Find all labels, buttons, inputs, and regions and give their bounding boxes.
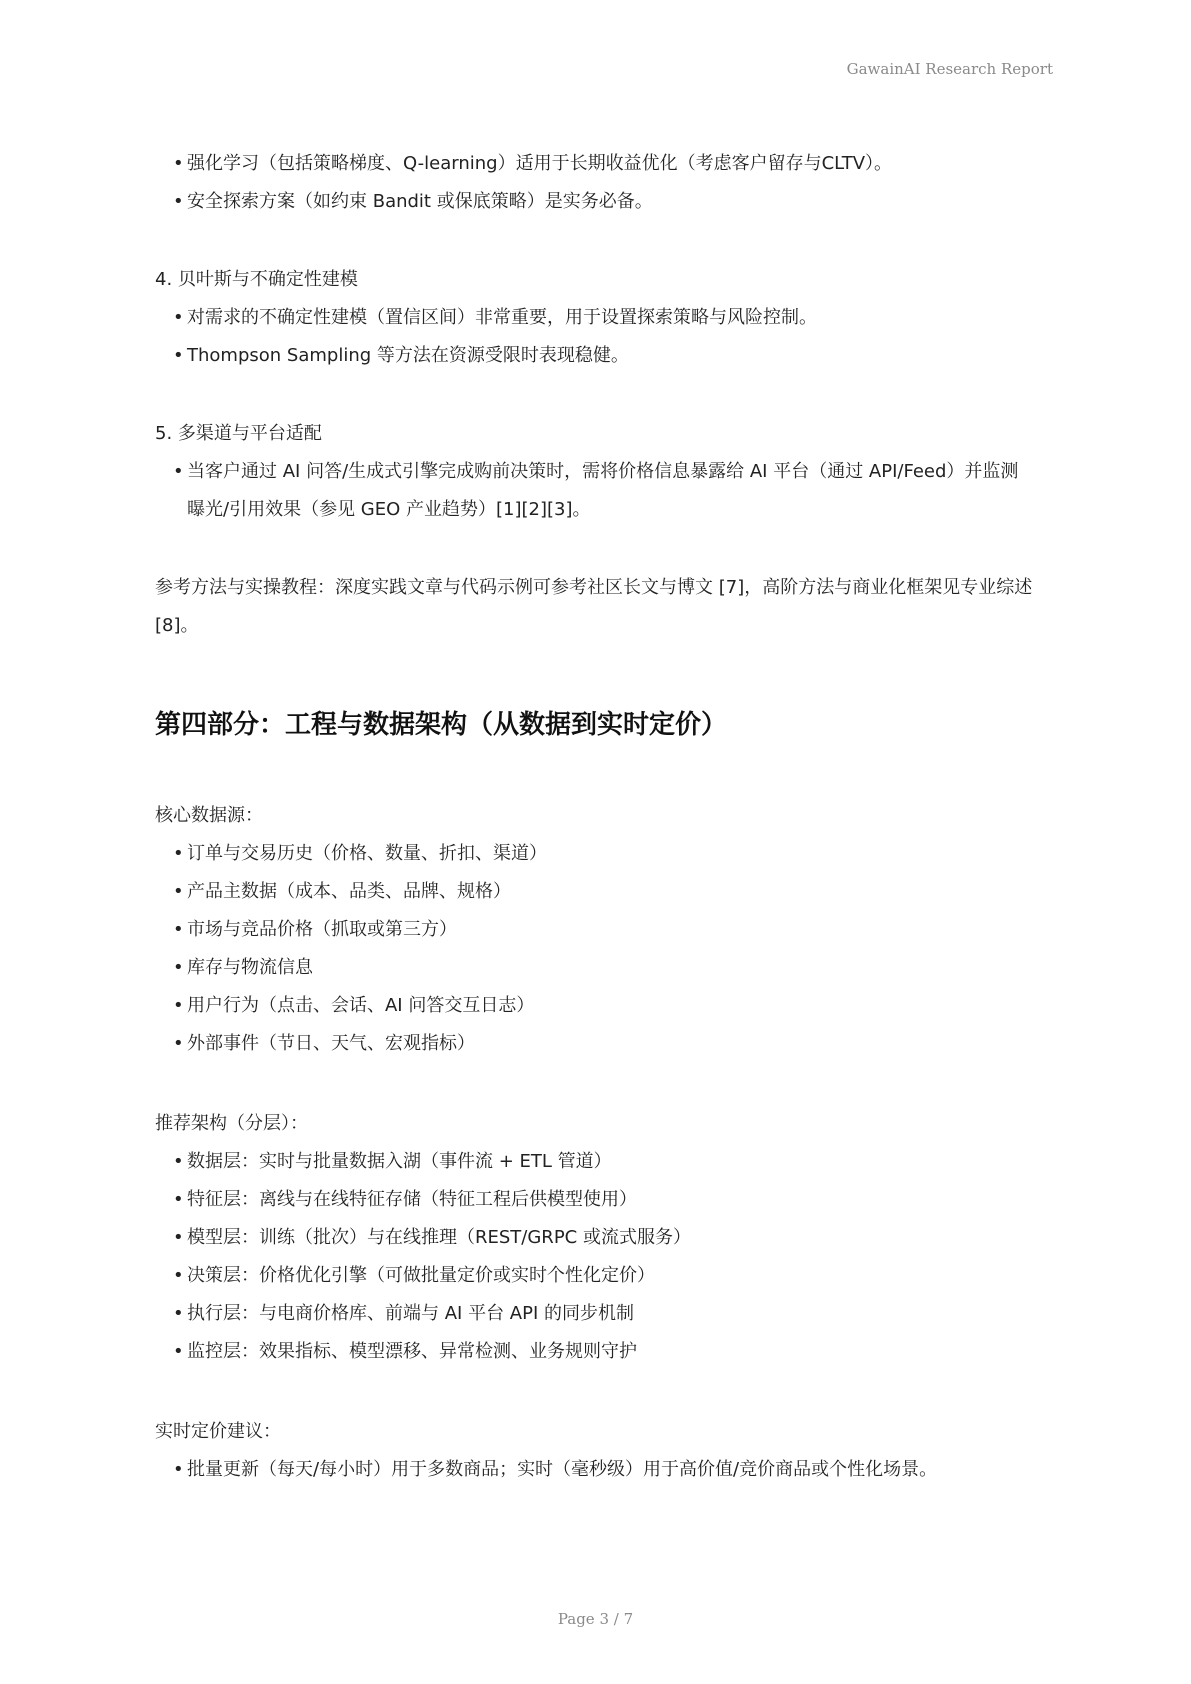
list-item: •订单与交易历史（价格、数量、折扣、渠道） <box>173 835 1035 873</box>
list-item: •模型层：训练（批次）与在线推理（REST/GRPC 或流式服务） <box>173 1219 1035 1257</box>
item5-bullet-list: •当客户通过 AI 问答/生成式引擎完成购前决策时，需将价格信息暴露给 AI 平… <box>155 453 1035 529</box>
bullet-icon: • <box>173 835 184 873</box>
bullet-icon: • <box>173 299 184 337</box>
list-item: •特征层：离线与在线特征存储（特征工程后供模型使用） <box>173 1181 1035 1219</box>
reference-paragraph: 参考方法与实操教程：深度实践文章与代码示例可参考社区长文与博文 [7]，高阶方法… <box>155 569 1035 645</box>
bullet-icon: • <box>173 1257 184 1295</box>
bullet-icon: • <box>173 337 184 375</box>
list-item: •强化学习（包括策略梯度、Q-learning）适用于长期收益优化（考虑客户留存… <box>173 145 1035 183</box>
list-item: •用户行为（点击、会话、AI 问答交互日志） <box>173 987 1035 1025</box>
architecture-list: •数据层：实时与批量数据入湖（事件流 + ETL 管道） •特征层：离线与在线特… <box>155 1143 1035 1371</box>
list-item: •市场与竞品价格（抓取或第三方） <box>173 911 1035 949</box>
section-heading: 第四部分：工程与数据架构（从数据到实时定价） <box>155 705 1035 745</box>
item4-title: 4. 贝叶斯与不确定性建模 <box>155 261 1035 299</box>
bullet-icon: • <box>173 145 184 183</box>
item4-bullet-list: •对需求的不确定性建模（置信区间）非常重要，用于设置探索策略与风险控制。 •Th… <box>155 299 1035 375</box>
realtime-label: 实时定价建议： <box>155 1413 1035 1451</box>
data-sources-list: •订单与交易历史（价格、数量、折扣、渠道） •产品主数据（成本、品类、品牌、规格… <box>155 835 1035 1063</box>
bullet-icon: • <box>173 1295 184 1333</box>
bullet-icon: • <box>173 1025 184 1063</box>
bullet-icon: • <box>173 1181 184 1219</box>
list-item: •监控层：效果指标、模型漂移、异常检测、业务规则守护 <box>173 1333 1035 1371</box>
page-content: •强化学习（包括策略梯度、Q-learning）适用于长期收益优化（考虑客户留存… <box>155 145 1035 1489</box>
bullet-icon: • <box>173 1143 184 1181</box>
data-sources-label: 核心数据源： <box>155 797 1035 835</box>
list-item: •库存与物流信息 <box>173 949 1035 987</box>
bullet-icon: • <box>173 987 184 1025</box>
intro-bullet-list: •强化学习（包括策略梯度、Q-learning）适用于长期收益优化（考虑客户留存… <box>155 145 1035 221</box>
list-item: •外部事件（节日、天气、宏观指标） <box>173 1025 1035 1063</box>
list-item: •决策层：价格优化引擎（可做批量定价或实时个性化定价） <box>173 1257 1035 1295</box>
list-item: •产品主数据（成本、品类、品牌、规格） <box>173 873 1035 911</box>
list-item: •执行层：与电商价格库、前端与 AI 平台 API 的同步机制 <box>173 1295 1035 1333</box>
list-item: •数据层：实时与批量数据入湖（事件流 + ETL 管道） <box>173 1143 1035 1181</box>
bullet-icon: • <box>173 453 184 491</box>
list-item: •安全探索方案（如约束 Bandit 或保底策略）是实务必备。 <box>173 183 1035 221</box>
page-number: Page 3 / 7 <box>0 1610 1191 1628</box>
list-item: •批量更新（每天/每小时）用于多数商品；实时（毫秒级）用于高价值/竞价商品或个性… <box>173 1451 1035 1489</box>
running-header: GawainAI Research Report <box>847 60 1053 78</box>
realtime-list: •批量更新（每天/每小时）用于多数商品；实时（毫秒级）用于高价值/竞价商品或个性… <box>155 1451 1035 1489</box>
architecture-label: 推荐架构（分层）： <box>155 1105 1035 1143</box>
bullet-icon: • <box>173 1451 184 1489</box>
bullet-icon: • <box>173 911 184 949</box>
list-item: •对需求的不确定性建模（置信区间）非常重要，用于设置探索策略与风险控制。 <box>173 299 1035 337</box>
bullet-icon: • <box>173 873 184 911</box>
bullet-icon: • <box>173 1333 184 1371</box>
bullet-icon: • <box>173 1219 184 1257</box>
list-item: •Thompson Sampling 等方法在资源受限时表现稳健。 <box>173 337 1035 375</box>
bullet-icon: • <box>173 949 184 987</box>
list-item: •当客户通过 AI 问答/生成式引擎完成购前决策时，需将价格信息暴露给 AI 平… <box>173 453 1035 529</box>
bullet-icon: • <box>173 183 184 221</box>
item5-title: 5. 多渠道与平台适配 <box>155 415 1035 453</box>
